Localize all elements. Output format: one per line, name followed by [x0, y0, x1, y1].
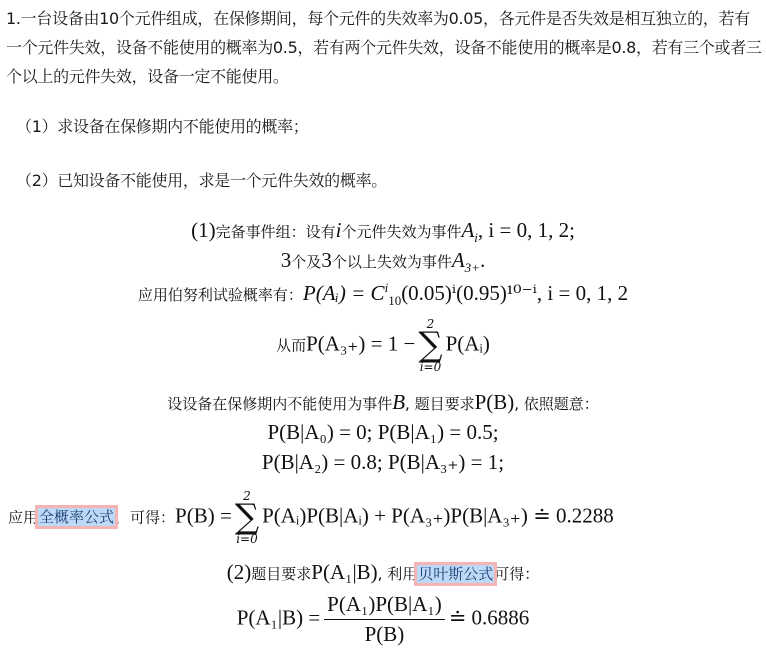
fraction: P(A₁)P(B|A₁)P(B) — [324, 592, 445, 647]
solution-line-8: 应用全概率公式，可得：P(B) =2∑i=0P(Aᵢ)P(B|Aᵢ) + P(A… — [8, 490, 766, 545]
solution-line-1: (1)完备事件组：设有i个元件失效为事件Ai, i = 0, 1, 2; — [0, 218, 766, 246]
summation-symbol: 2∑i=0 — [418, 318, 442, 373]
solution-line-5: 设设备在保修期内不能使用为事件B, 题目要求P(B), 依照题意： — [0, 390, 766, 415]
solution-line-6: P(B|A₀) = 0; P(B|A₁) = 0.5; — [0, 420, 766, 445]
solution-line-4: 从而P(A₃₊) = 1 −2∑i=0P(Aᵢ) — [0, 318, 766, 373]
solution-line-10: P(A₁|B) =P(A₁)P(B|A₁)P(B)≐ 0.6886 — [0, 592, 766, 647]
solution-line-7: P(B|A₂) = 0.8; P(B|A₃₊) = 1; — [0, 450, 766, 475]
total-probability-link[interactable]: 全概率公式 — [38, 508, 115, 526]
solution-line-3: 应用伯努利试验概率有：P(Aᵢ) = Ci10(0.05)ⁱ(0.95)¹⁰⁻ⁱ… — [0, 280, 766, 309]
question-1: （1）求设备在保修期内不能使用的概率； — [16, 114, 308, 137]
bayes-formula-link[interactable]: 贝叶斯公式 — [417, 565, 494, 583]
solution-line-2: 3个及3个以上失效为事件A3+. — [0, 248, 766, 276]
summation-symbol: 2∑i=0 — [235, 490, 259, 545]
solution-line-9: (2)题目要求P(A₁|B), 利用贝叶斯公式可得： — [0, 560, 766, 585]
problem-statement: 1.一台设备由10个元件组成，在保修期间，每个元件的失效率为0.05，各元件是否… — [6, 4, 762, 91]
question-2: （2）已知设备不能使用，求是一个元件失效的概率。 — [16, 168, 387, 191]
